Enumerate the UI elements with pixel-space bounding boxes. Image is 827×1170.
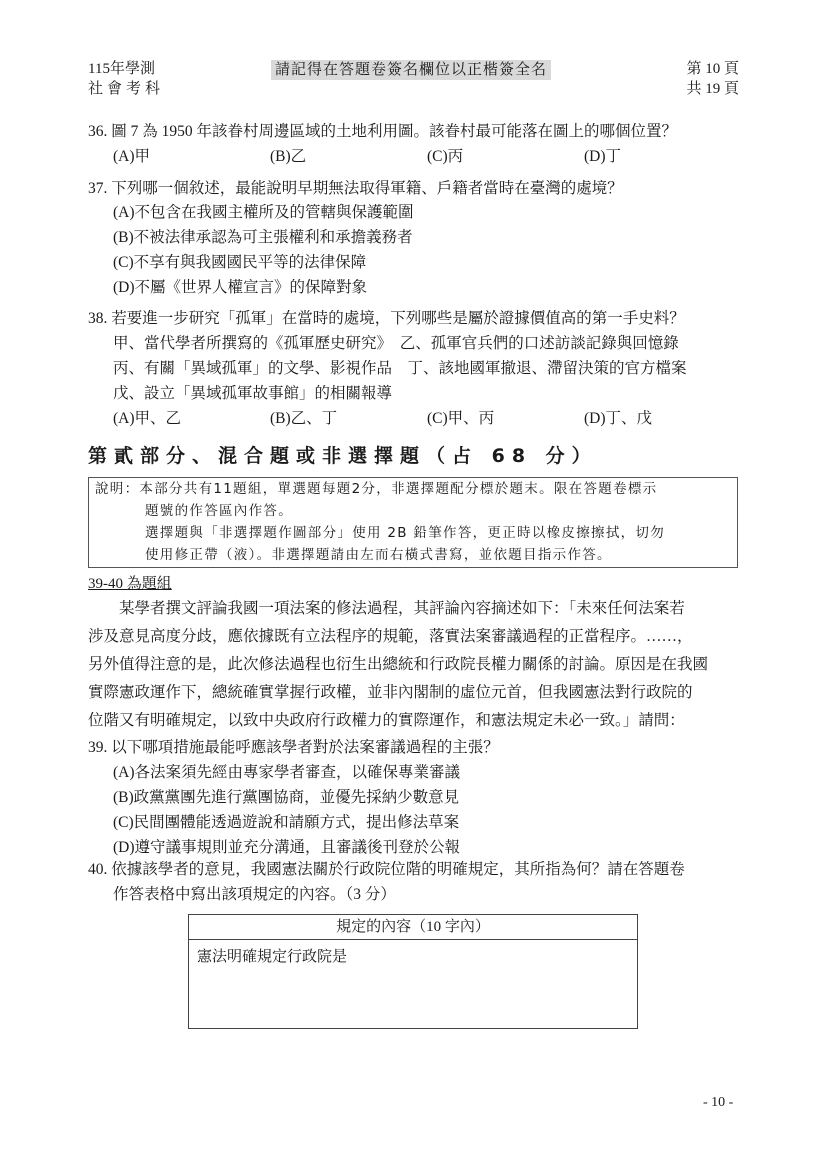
answer-table: 規定的內容（10 字內） 憲法明確規定行政院是: [188, 914, 638, 1029]
instruction-line-3: 選擇題與「非選擇題作圖部分」使用 2B 鉛筆作答，更正時以橡皮擦擦拭，切勿: [89, 522, 737, 544]
section-title: 第貳部分、混合題或非選擇題（占 68 分）: [88, 441, 598, 471]
q38-option-d: (D)丁、戊: [584, 406, 741, 431]
answer-table-header: 規定的內容（10 字內）: [189, 915, 637, 940]
q38-option-a: (A)甲、乙: [113, 406, 270, 431]
q37-option-d: (D)不屬《世界人權宣言》的保障對象: [113, 275, 367, 300]
q39-option-c: (C)民間團體能透過遊說和請願方式，提出修法草案: [113, 810, 459, 835]
passage-line-4: 實際憲政運作下，總統確實掌握行政權，並非內閣制的虛位元首，但我國憲法對行政院的: [88, 680, 740, 705]
q38-option-b: (B)乙、丁: [270, 406, 427, 431]
page-total: 共 19 頁: [686, 79, 739, 99]
q38-option-c: (C)甲、丙: [427, 406, 584, 431]
q39-option-a: (A)各法案須先經由專家學者審查，以確保專業審議: [113, 760, 460, 785]
passage-line-2: 涉及意見高度分歧，應依據既有立法程序的規範，落實法案審議過程的正當程序。……，: [88, 624, 740, 649]
instruction-line-4: 使用修正帶（液）。非選擇題請由左而右橫式書寫，並依題目指示作答。: [89, 544, 737, 566]
instruction-line-2: 題號的作答區內作答。: [89, 500, 737, 522]
passage-line-5: 位階又有明確規定，以致中央政府行政權力的實際運作，和憲法規定未必一致。」請問：: [88, 708, 740, 733]
q36-option-a: (A)甲: [113, 144, 270, 169]
q40-stem-line-1: 40. 依據該學者的意見，我國憲法關於行政院位階的明確規定，其所指為何？請在答題…: [88, 857, 685, 882]
exam-info: 115年學測 社會考科: [88, 59, 164, 99]
page-info: 第 10 頁 共 19 頁: [686, 59, 739, 99]
q37-option-c: (C)不享有與我國國民平等的法律保障: [113, 250, 366, 275]
q38-stem: 38. 若要進一步研究「孤軍」在當時的處境，下列哪些是屬於證據價值高的第一手史料…: [88, 306, 685, 331]
q38-options: (A)甲、乙 (B)乙、丁 (C)甲、丙 (D)丁、戊: [113, 406, 741, 431]
q37-option-b: (B)不被法律承認為可主張權利和承擔義務者: [113, 225, 413, 250]
q38-item-row-2: 丙、有關「異域孤軍」的文學、影視作品 丁、該地國軍撤退、滯留決策的官方檔案: [113, 356, 687, 381]
page-number: - 10 -: [703, 1094, 733, 1112]
answer-table-cell: 憲法明確規定行政院是: [189, 940, 637, 974]
page-current: 第 10 頁: [686, 59, 739, 79]
q38-item-row-3: 戊、設立「異域孤軍故事館」的相關報導: [113, 381, 392, 406]
q39-option-b: (B)政黨黨團先進行黨團協商，並優先採納少數意見: [113, 785, 459, 810]
q40-stem-line-2: 作答表格中寫出該項規定的內容。（3 分）: [113, 882, 396, 907]
instruction-line-1: 說明：本部分共有11題組，單選題每題2分，非選擇題配分標於題末。限在答題卷標示: [89, 478, 737, 500]
q36-options: (A)甲 (B)乙 (C)丙 (D)丁: [113, 144, 741, 169]
q36-option-c: (C)丙: [427, 144, 584, 169]
question-group-label: 39-40 為題組: [88, 573, 172, 595]
exam-name: 115年學測: [88, 59, 164, 79]
passage-line-1: 某學者撰文評論我國一項法案的修法過程，其評論內容摘述如下：「未來任何法案若: [88, 596, 740, 621]
instructions-box: 說明：本部分共有11題組，單選題每題2分，非選擇題配分標於題末。限在答題卷標示 …: [88, 477, 738, 568]
q36-stem: 36. 圖 7 為 1950 年該眷村周邊區域的土地利用圖。該眷村最可能落在圖上…: [88, 119, 677, 144]
q37-stem: 37. 下列哪一個敘述，最能說明早期無法取得軍籍、戶籍者當時在臺灣的處境？: [88, 176, 623, 201]
passage-line-3: 另外值得注意的是，此次修法過程也衍生出總統和行政院長權力關係的討論。原因是在我國: [88, 652, 740, 677]
q36-option-d: (D)丁: [584, 144, 741, 169]
subject-name: 社會考科: [88, 79, 164, 99]
q38-item-row-1: 甲、當代學者所撰寫的《孤軍歷史研究》 乙、孤軍官兵們的口述訪談記錄與回憶錄: [113, 331, 679, 356]
q37-option-a: (A)不包含在我國主權所及的管轄與保護範圍: [113, 200, 414, 225]
q39-stem: 39. 以下哪項措施最能呼應該學者對於法案審議過程的主張？: [88, 735, 499, 760]
signature-reminder: 請記得在答題卷簽名欄位以正楷簽全名: [271, 60, 551, 80]
q36-option-b: (B)乙: [270, 144, 427, 169]
